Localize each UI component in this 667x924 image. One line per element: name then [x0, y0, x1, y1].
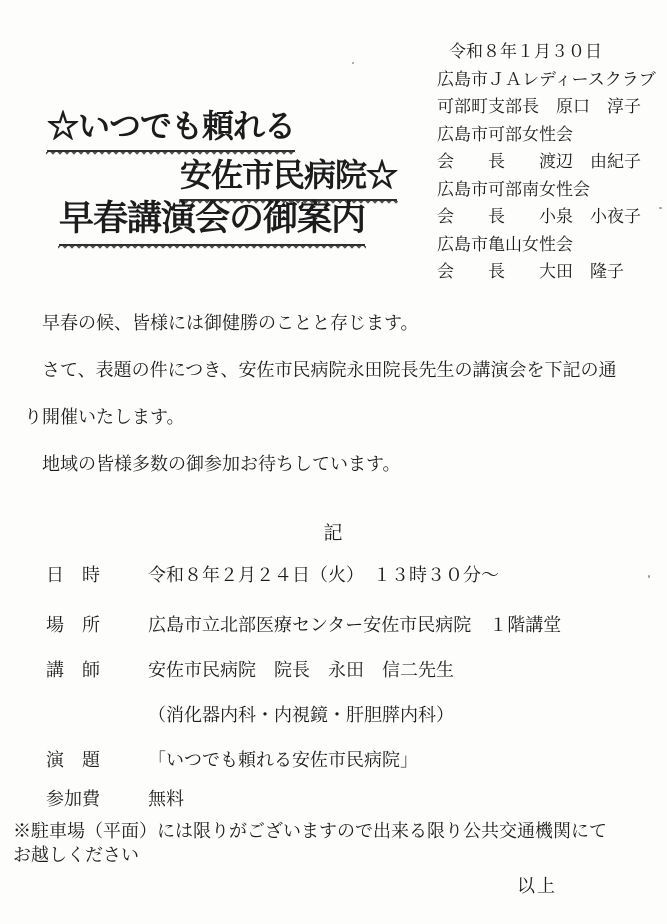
sender-line: 会 長 小泉 小夜子	[437, 203, 665, 231]
page-title-line-3: 早春講演会の御案内	[59, 191, 365, 246]
parking-note: ※駐車場（平面）には限りがございますので出来る限り公共交通機関にて お越しくださ…	[13, 820, 661, 867]
sender-line: 可部町支部長 原口 淳子	[437, 93, 665, 121]
detail-value: 広島市立北部医療センター安佐市民病院 １階講堂	[148, 611, 561, 637]
body-paragraphs: 早春の候、皆様には御健勝のことと存じます。 さて、表題の件につき、安佐市民病院永…	[24, 300, 660, 488]
detail-row-datetime: 日 時 令和８年２月２４日（火） １３時３０分～	[46, 561, 499, 587]
detail-row-lecturer: 講 師 安佐市民病院 院長 永田 信二先生	[46, 656, 454, 682]
scanned-letter-page: 令和８年１月３０日 広島市ＪＡレディースクラブ 可部町支部長 原口 淳子 広島市…	[0, 0, 667, 924]
detail-row-specialty: （消化器内科・内視鏡・肝胆膵内科）	[46, 701, 454, 727]
sender-block: 令和８年１月３０日 広島市ＪＡレディースクラブ 可部町支部長 原口 淳子 広島市…	[437, 38, 665, 286]
detail-label: 講 師	[46, 656, 148, 682]
parking-note-line: ※駐車場（平面）には限りがございますので出来る限り公共交通機関にて	[13, 820, 661, 844]
record-marker: 記	[0, 518, 667, 545]
detail-value: 「いつでも頼れる安佐市民病院」	[148, 746, 418, 772]
detail-label: 日 時	[46, 561, 148, 587]
sender-line: 会 長 渡辺 由紀子	[437, 148, 665, 176]
detail-row-fee: 参加費 無料	[46, 785, 184, 811]
detail-row-place: 場 所 広島市立北部医療センター安佐市民病院 １階講堂	[46, 611, 561, 637]
body-line: さて、表題の件につき、安佐市民病院永田院長先生の講演会を下記の通	[24, 347, 660, 394]
issued-date: 令和８年１月３０日	[437, 38, 665, 66]
page-title-line-1: ☆いつでも頼れる	[47, 101, 295, 152]
sender-line: 会 長 大田 隆子	[437, 258, 665, 286]
detail-label: 場 所	[46, 611, 148, 637]
detail-value: 無料	[148, 785, 184, 811]
sender-line: 広島市ＪＡレディースクラブ	[437, 66, 665, 94]
detail-label: 演 題	[46, 746, 148, 772]
scan-speck	[648, 575, 650, 578]
detail-label	[46, 701, 148, 727]
sender-line: 広島市可部南女性会	[437, 176, 665, 204]
detail-value: （消化器内科・内視鏡・肝胆膵内科）	[148, 701, 454, 727]
detail-value: 令和８年２月２４日（火） １３時３０分～	[148, 561, 499, 587]
scan-speck	[352, 62, 354, 64]
detail-value: 安佐市民病院 院長 永田 信二先生	[148, 656, 454, 682]
parking-note-line: お越しください	[13, 844, 661, 868]
detail-row-topic: 演 題 「いつでも頼れる安佐市民病院」	[46, 746, 418, 772]
detail-label: 参加費	[46, 785, 148, 811]
body-line: 地域の皆様多数の御参加お待ちしています。	[24, 441, 660, 488]
sender-line: 広島市可部女性会	[437, 121, 665, 149]
body-line: り開催いたします。	[24, 394, 660, 441]
closing-mark: 以上	[517, 872, 557, 898]
body-line: 早春の候、皆様には御健勝のことと存じます。	[24, 300, 660, 347]
sender-line: 広島市亀山女性会	[437, 231, 665, 259]
scan-speck	[659, 207, 662, 209]
